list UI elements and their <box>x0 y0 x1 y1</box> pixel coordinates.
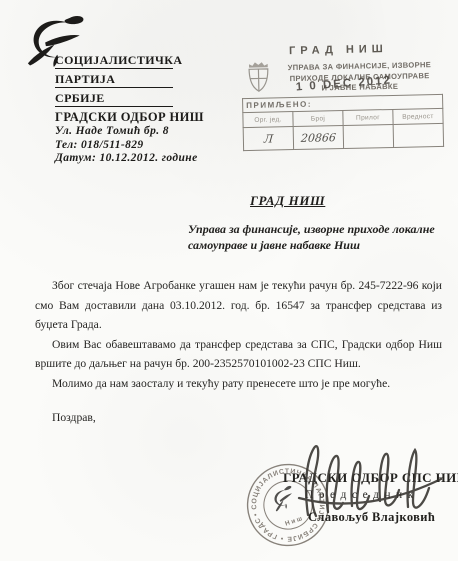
letterhead: СОЦИЈАЛИСТИЧКА ПАРТИЈА СРБИЈЕ ГРАДСКИ ОД… <box>55 53 235 166</box>
received-stamp-table: ПРИМЉЕНО: Орг. јед. Број Прилог Вредност… <box>242 94 444 151</box>
letter-title: ГРАД НИШ <box>250 193 325 209</box>
column-header: Вредност <box>393 108 443 124</box>
letter-addressee: Управа за финансије, изворне приходе лок… <box>188 221 446 253</box>
column-header: Број <box>293 111 343 127</box>
addressee-line: самоуправе и јавне набавке Ниш <box>188 237 446 253</box>
paragraph: Овим Вас обавештавамо да трансфер средст… <box>35 335 442 374</box>
closing-salutation: Поздрав, <box>35 408 442 428</box>
coat-of-arms-icon <box>245 59 272 94</box>
letterhead-party-line: СОЦИЈАЛИСТИЧКА <box>55 53 173 69</box>
column-header: Орг. јед. <box>243 112 293 128</box>
letter-body: Због стечаја Нове Агробанке угашен нам ј… <box>35 276 442 427</box>
org-unit-value: Л <box>263 132 273 145</box>
column-header: Прилог <box>343 109 393 125</box>
letterhead-party-line: СРБИЈЕ <box>55 91 173 107</box>
letterhead-party-line: ПАРТИЈА <box>55 72 173 88</box>
number-value: 20866 <box>300 131 336 145</box>
letterhead-phone: Тел: 018/511-829 <box>55 139 235 153</box>
letterhead-date: Датум: 10.12.2012. године <box>55 152 235 166</box>
received-stamp-city: ГРАД НИШ <box>289 43 388 57</box>
addressee-line: Управа за финансије, изворне приходе лок… <box>188 221 446 237</box>
letterhead-address: Ул. Наде Томић бр. 8 <box>55 125 235 139</box>
paragraph: Молимо да нам заосталу и текућу рату пре… <box>35 374 442 394</box>
received-stamp: ГРАД НИШ УПРАВА ЗА ФИНАНСИЈЕ, ИЗВОРНЕ ПР… <box>237 36 449 155</box>
letterhead-board: ГРАДСКИ ОДБОР НИШ <box>55 110 235 125</box>
handwritten-signature-icon <box>294 441 446 529</box>
paragraph: Због стечаја Нове Агробанке угашен нам ј… <box>35 276 442 335</box>
scanned-letter-page: СОЦИЈАЛИСТИЧКА ПАРТИЈА СРБИЈЕ ГРАДСКИ ОД… <box>0 0 458 561</box>
